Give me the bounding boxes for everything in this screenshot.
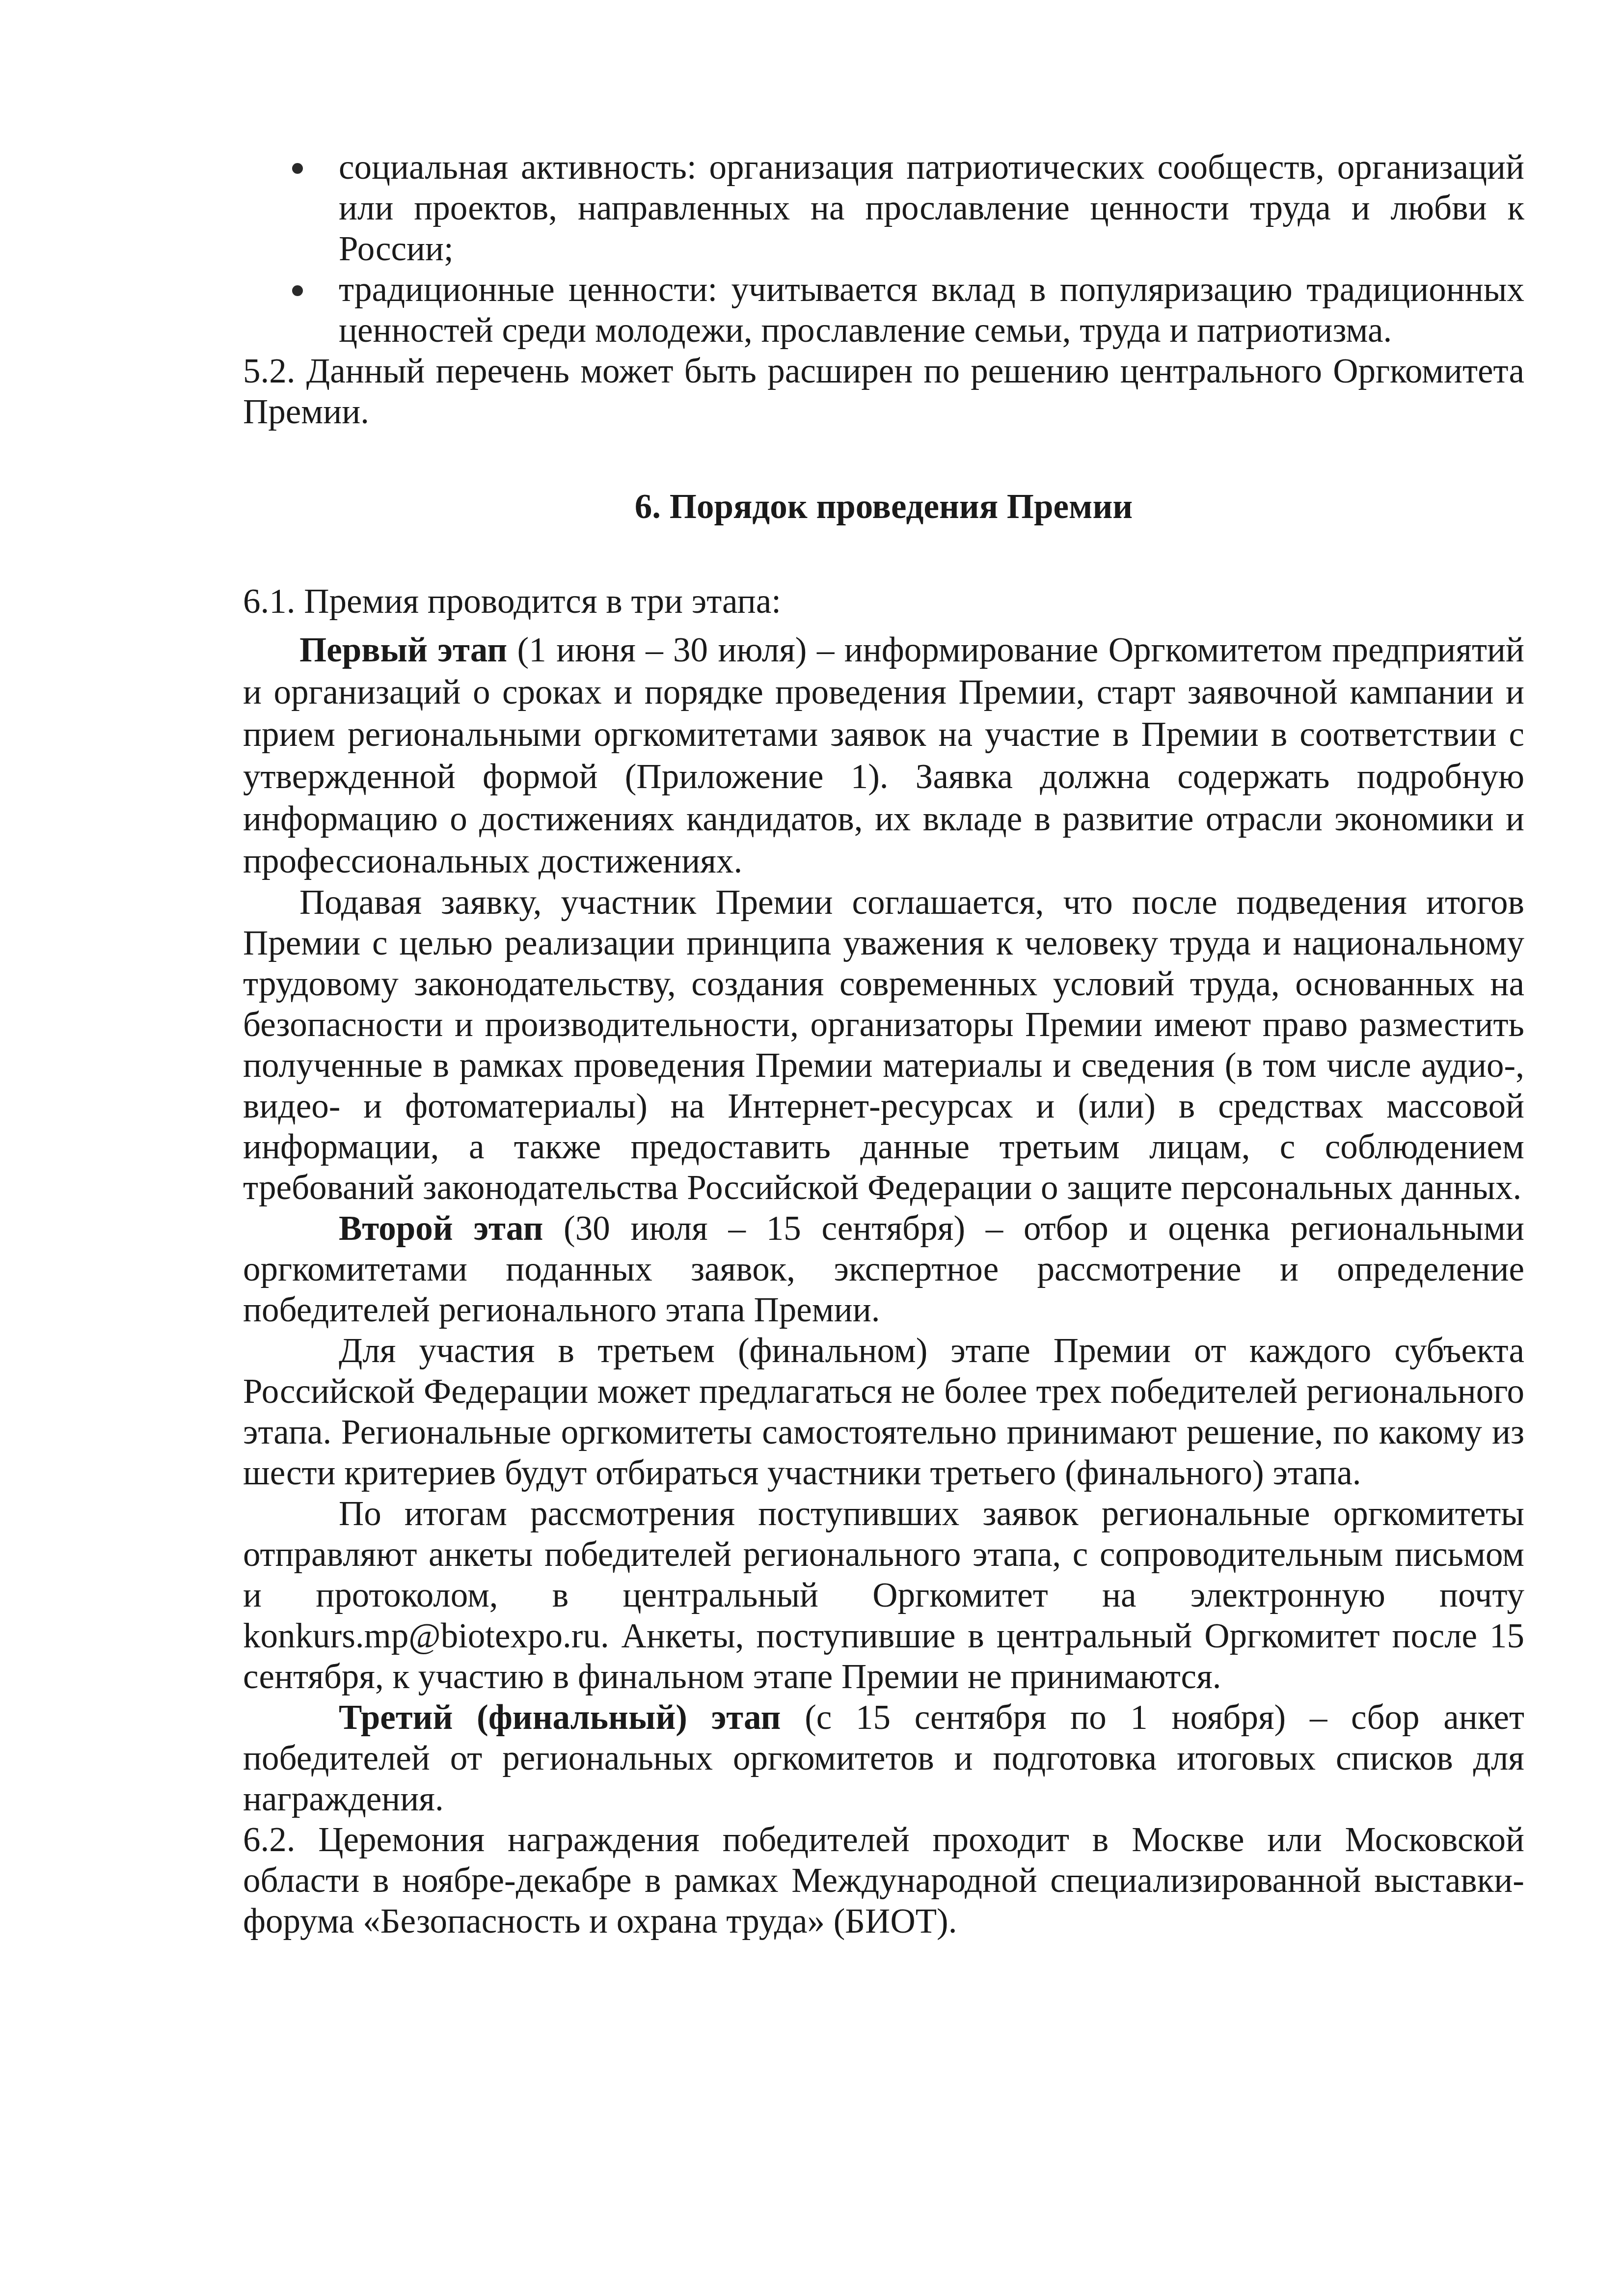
results-text-before: По итогам рассмотрения поступивших заяво… <box>243 1495 1524 1614</box>
document-page: социальная активность: организация патри… <box>243 147 1524 1942</box>
criteria-list: социальная активность: организация патри… <box>243 147 1524 351</box>
bullet-text: традиционные ценности: учитывается вклад… <box>339 271 1524 350</box>
list-item: социальная активность: организация патри… <box>243 147 1524 270</box>
email-link[interactable]: konkurs.mp@biotexpo.ru <box>243 1617 600 1655</box>
paragraph-6-2: 6.2. Церемония награждения победителей п… <box>243 1820 1524 1942</box>
stage-3-title: Третий (финальный) этап <box>339 1698 781 1737</box>
consent-paragraph: Подавая заявку, участник Премии соглашае… <box>243 882 1524 1208</box>
stage-3-paragraph: Третий (финальный) этап (с 15 сентября п… <box>243 1697 1524 1820</box>
bullet-text: социальная активность: организация патри… <box>339 148 1524 268</box>
list-item: традиционные ценности: учитывается вклад… <box>243 270 1524 351</box>
results-paragraph: По итогам рассмотрения поступивших заяво… <box>243 1494 1524 1697</box>
paragraph-5-2: 5.2. Данный перечень может быть расширен… <box>243 351 1524 433</box>
stage-2-paragraph: Второй этап (30 июля – 15 сентября) – от… <box>243 1208 1524 1331</box>
paragraph-6-1: 6.1. Премия проводится в три этапа: <box>243 581 1524 622</box>
stage-1-paragraph: Первый этап (1 июня – 30 июля) – информи… <box>243 629 1524 882</box>
stage-3-participation-paragraph: Для участия в третьем (финальном) этапе … <box>243 1331 1524 1494</box>
stage-1-title: Первый этап <box>299 631 507 669</box>
section-heading: 6. Порядок проведения Премии <box>243 487 1524 527</box>
bullet-icon <box>292 163 303 174</box>
stage-2-title: Второй этап <box>339 1209 543 1248</box>
bullet-icon <box>292 285 303 296</box>
